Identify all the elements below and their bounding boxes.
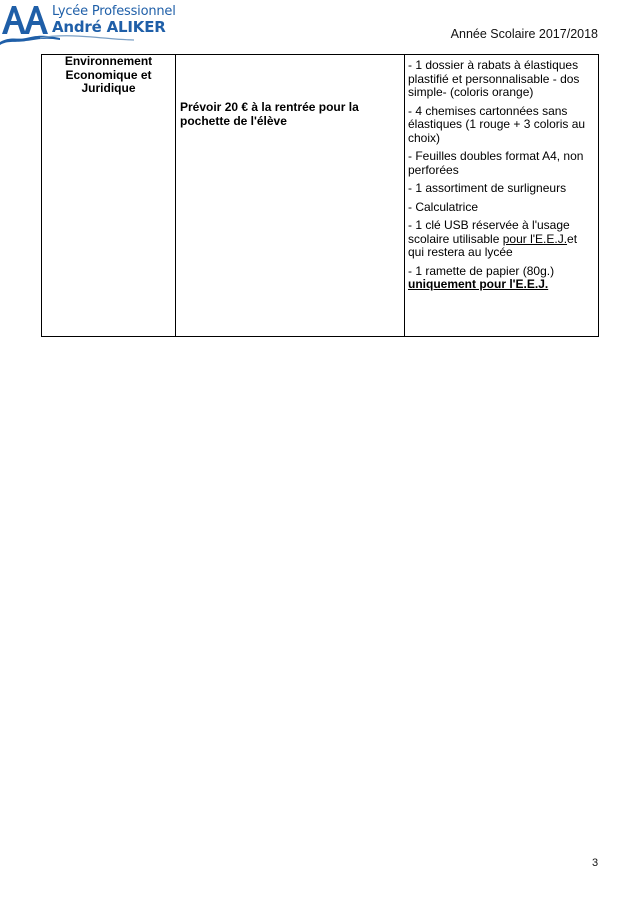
list-item: - 1 dossier à rabats à élastiques plasti… bbox=[408, 59, 594, 100]
note-cell: Prévoir 20 € à la rentrée pour la pochet… bbox=[176, 55, 405, 337]
supplies-table: Environnement Economique et Juridique Pr… bbox=[41, 54, 599, 337]
underlined-text: pour l'E.E.J. bbox=[503, 232, 567, 246]
list-item: - 1 ramette de papier (80g.) uniquement … bbox=[408, 265, 594, 292]
items-cell: - 1 dossier à rabats à élastiques plasti… bbox=[405, 55, 599, 337]
logo-line2: André ALIKER bbox=[52, 18, 166, 36]
list-item: - 1 clé USB réservée à l'usage scolaire … bbox=[408, 219, 594, 260]
school-year: Année Scolaire 2017/2018 bbox=[451, 27, 598, 41]
list-item: - 1 assortiment de surligneurs bbox=[408, 182, 594, 196]
table-row: Environnement Economique et Juridique Pr… bbox=[42, 55, 599, 337]
list-item-text: - 1 ramette de papier (80g.) bbox=[408, 264, 554, 278]
school-logo: Lycée Professionnel André ALIKER bbox=[0, 0, 170, 48]
list-item: - Feuilles doubles format A4, non perfor… bbox=[408, 150, 594, 177]
list-item: - 4 chemises cartonnées sans élastiques … bbox=[408, 105, 594, 146]
underlined-bold-text: uniquement pour l'E.E.J. bbox=[408, 277, 548, 291]
page-number: 3 bbox=[592, 857, 598, 869]
subject-cell: Environnement Economique et Juridique bbox=[42, 55, 176, 337]
logo-line1: Lycée Professionnel bbox=[52, 4, 176, 19]
list-item: - Calculatrice bbox=[408, 201, 594, 215]
